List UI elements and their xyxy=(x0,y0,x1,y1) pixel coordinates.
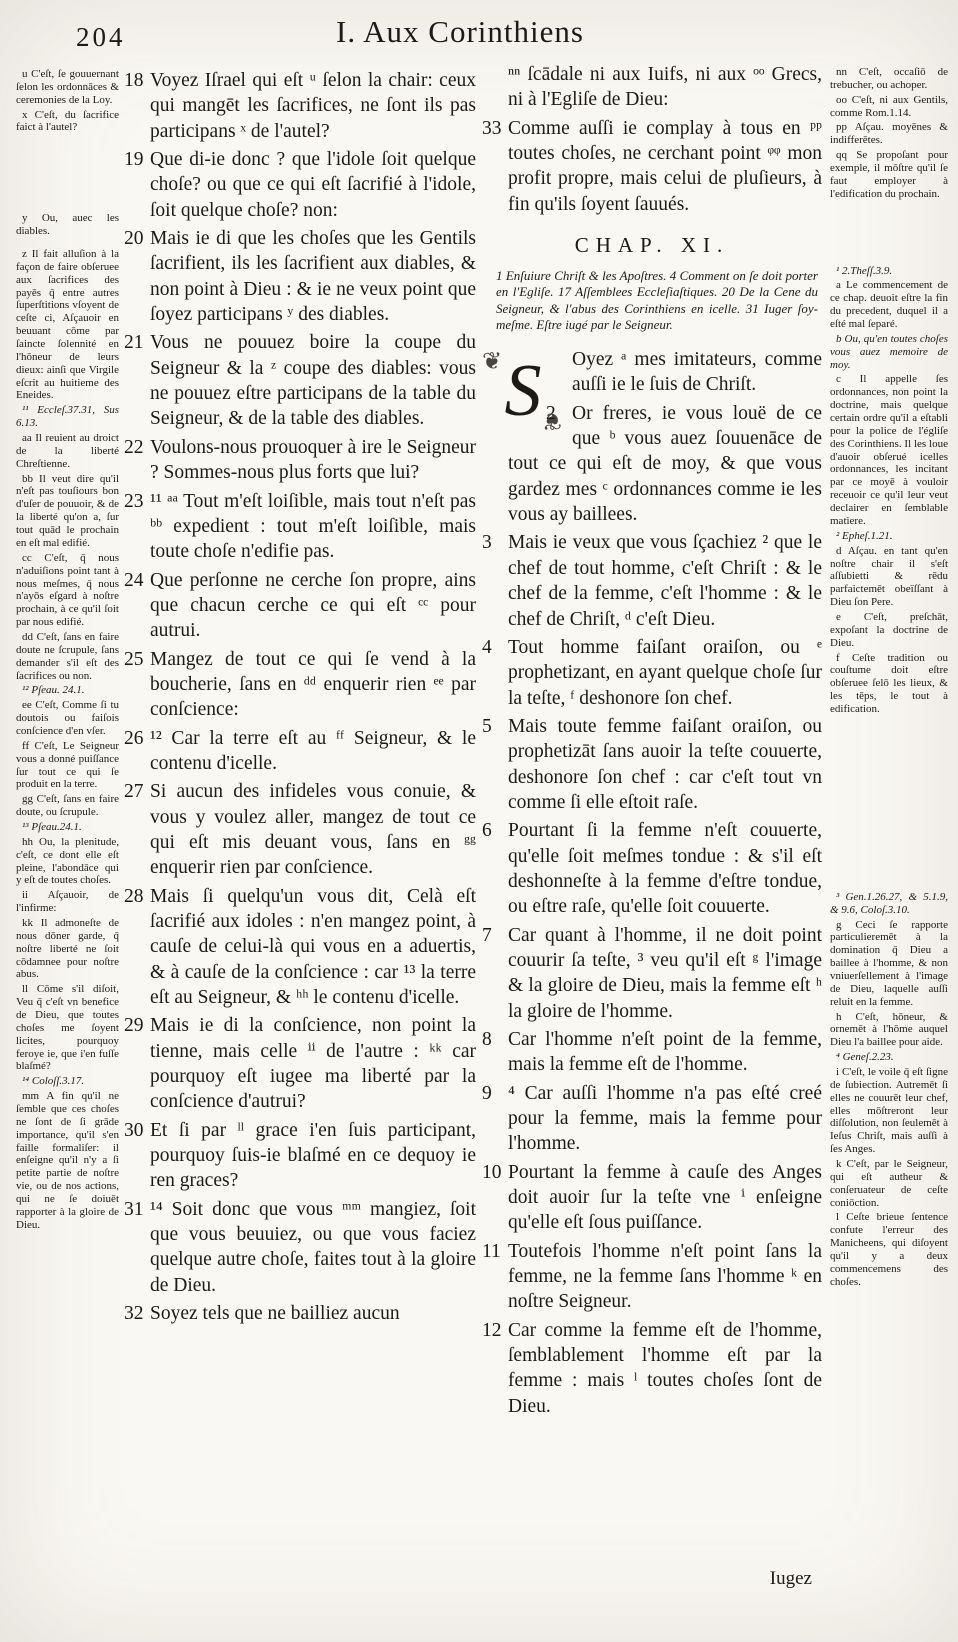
margin-note: c Il appelle ſes ordonnances, non point … xyxy=(830,373,948,527)
page-title: I. Aux Corinthiens xyxy=(120,14,800,50)
margin-note: cc C'eſt, q̄ nous n'aduiſions point tant… xyxy=(16,552,119,629)
verse-number: 26 xyxy=(124,726,150,751)
verse-number: 27 xyxy=(124,779,150,804)
margin-note: bb Il veut dire qu'il n'eſt pas touſiour… xyxy=(16,473,119,550)
verse-number: 24 xyxy=(124,568,150,593)
drop-cap-letter: S xyxy=(505,350,542,432)
margin-note: g Ceci ſe rapporte particulieremēt à la … xyxy=(830,919,948,1009)
verse-number: 11 xyxy=(482,1239,508,1264)
verse-text: Mais ie di que les choſes que les Gentil… xyxy=(150,228,476,325)
verse-number: 5 xyxy=(482,714,508,739)
verse-text: Pourtant la femme à cauſe des Anges doit… xyxy=(508,1162,822,1234)
verse: ⁿⁿ ſcādale ni aux Iuifs, ni aux ᵒᵒ Grecs… xyxy=(482,62,822,113)
catchword: Iugez xyxy=(482,1568,832,1590)
margin-note: gg C'eſt, ſans en faire doute, ou ſcrupu… xyxy=(16,793,119,819)
verse: 23¹¹ ᵃᵃ Tout m'eſt loiſible, mais tout n… xyxy=(124,489,476,565)
verse: 3Mais ie veux que vous ſçachiez ² que le… xyxy=(482,530,822,631)
verse: 26¹² Car la terre eſt au ᶠᶠ Seigneur, & … xyxy=(124,726,476,777)
verse-text: Mais ie di la conſcience, non point la t… xyxy=(150,1015,476,1112)
verse-number: 8 xyxy=(482,1027,508,1052)
verse-number: 3 xyxy=(482,530,508,555)
margin-note: ¹² Pſeau. 24.1. xyxy=(16,684,119,697)
margin-note: y Ou, auec les diables. xyxy=(16,212,119,238)
margin-note: hh Ou, la plenitude, c'eſt, ce dont elle… xyxy=(16,836,119,887)
margin-note: ee C'eſt, Comme ſi tu doutois ou faiſois… xyxy=(16,699,119,738)
verse-number: 32 xyxy=(124,1301,150,1326)
margin-note: l Ceſte brieue ſentence confute l'erreur… xyxy=(830,1211,948,1288)
verse-number: 30 xyxy=(124,1118,150,1143)
verse-text: ¹² Car la terre eſt au ᶠᶠ Seigneur, & le… xyxy=(150,728,476,774)
verse-text: Car l'homme n'eſt point de la femme, mai… xyxy=(508,1029,822,1075)
verse: 9⁴ Car auſſi l'homme n'a pas eſté creé p… xyxy=(482,1081,822,1157)
margin-note: a Le commencement de ce chap. deuoit eſt… xyxy=(830,279,948,330)
margin-note: ² Epheſ.1.21. xyxy=(830,530,948,543)
verse-text: Voulons-nous prouoquer à ire le Seigneur… xyxy=(150,437,476,483)
verse-text: Pourtant ſi la femme n'eſt couuerte, qu'… xyxy=(508,820,822,917)
verse-number: 29 xyxy=(124,1013,150,1038)
verse-text: Toutefois l'homme n'eſt point ſans la fe… xyxy=(508,1241,822,1313)
verse: 7Car quant à l'homme, il ne doit point c… xyxy=(482,923,822,1024)
margin-note: ¹⁴ Coloſſ.3.17. xyxy=(16,1075,119,1088)
margin-note: e C'eſt, preſchāt, expoſant la doctrine … xyxy=(830,611,948,650)
book-page: 204 I. Aux Corinthiens u C'eſt, ſe gouue… xyxy=(0,0,958,1642)
margin-note: ³ Gen.1.26.27, & 5.1.9, & 9.6, Coloſ.3.1… xyxy=(830,891,948,917)
chapter-verses: 3Mais ie veux que vous ſçachiez ² que le… xyxy=(482,530,822,1419)
main-text-left-column: 18Voyez Iſrael qui eſt ᵘ ſelon la chair:… xyxy=(124,68,476,1330)
drop-cap: ❦ S ❦ xyxy=(482,351,564,431)
left-margin-notes-column: u C'eſt, ſe gouuernant ſelon les ordonnā… xyxy=(16,68,119,1234)
verse-number: 20 xyxy=(124,226,150,251)
verse-text: Mais ie veux que vous ſçachiez ² que le … xyxy=(508,532,822,629)
verse: 21Vous ne pouuez boire la coupe du Seign… xyxy=(124,330,476,431)
verse-text: Oyez ᵃ mes imitateurs, comme auſſi ie le… xyxy=(572,349,822,395)
margin-note: ii Aſçauoir, de l'infirme: xyxy=(16,889,119,915)
margin-note: ¹¹ Eccleſ.37.31, Sus 6.13. xyxy=(16,404,119,430)
margin-note: ¹³ Pſeau.24.1. xyxy=(16,821,119,834)
margin-note: mm A fin qu'il ne ſemble que ces choſes … xyxy=(16,1090,119,1231)
verse: 11Toutefois l'homme n'eſt point ſans la … xyxy=(482,1239,822,1315)
verse: 31¹⁴ Soit donc que vous ᵐᵐ mangiez, ſoit… xyxy=(124,1197,476,1298)
margin-note: oo C'eſt, ni aux Gentils, comme Rom.1.14… xyxy=(830,94,948,120)
verse-text: ¹⁴ Soit donc que vous ᵐᵐ mangiez, ſoit q… xyxy=(150,1199,476,1296)
main-text-right-column: ⁿⁿ ſcādale ni aux Iuifs, ni aux ᵒᵒ Grecs… xyxy=(482,62,822,1422)
verse: 24Que perſonne ne cerche ſon propre, ain… xyxy=(124,568,476,644)
verse-text: Et ſi par ˡˡ grace i'en ſuis participant… xyxy=(150,1120,476,1192)
verse-number: 21 xyxy=(124,330,150,355)
verse: 6Pourtant ſi la femme n'eſt couuerte, qu… xyxy=(482,818,822,919)
margin-note: ⁴ Geneſ.2.23. xyxy=(830,1051,948,1064)
chapter-summary: 1 Enſuiure Chriſt & les Apoſtres. 4 Comm… xyxy=(496,268,818,333)
page-number: 204 xyxy=(76,22,126,53)
verse-text: Si aucun des infideles vous conuie, & vo… xyxy=(150,781,476,878)
verse-number: 18 xyxy=(124,68,150,93)
verse-number: 22 xyxy=(124,435,150,460)
margin-note: ll Cōme s'il diſoit, Veu q̄ c'eſt vn ben… xyxy=(16,983,119,1073)
right-margin-notes-column: nn C'eſt, occaſiō de trebucher, ou achop… xyxy=(830,66,948,1291)
margin-note: k C'eſt, par le Seigneur, qui eſt autheu… xyxy=(830,1158,948,1209)
verse: 29Mais ie di la conſcience, non point la… xyxy=(124,1013,476,1114)
verse-number: 9 xyxy=(482,1081,508,1106)
verse: 10Pourtant la femme à cauſe des Anges do… xyxy=(482,1160,822,1236)
verse: 4Tout homme faiſant oraiſon, ou ᵉ prophe… xyxy=(482,635,822,711)
margin-note: f Ceſte tradition ou couſtume doit eſtre… xyxy=(830,652,948,716)
chapter-heading: CHAP. XI. xyxy=(482,233,822,258)
verse-number: 7 xyxy=(482,923,508,948)
verse-number: 31 xyxy=(124,1197,150,1222)
verse-text: ⁿⁿ ſcādale ni aux Iuifs, ni aux ᵒᵒ Grecs… xyxy=(508,64,822,110)
verse-number: 23 xyxy=(124,489,150,514)
margin-note: b Ou, qu'en toutes choſes vous auez memo… xyxy=(830,333,948,372)
margin-note: u C'eſt, ſe gouuernant ſelon les ordonnā… xyxy=(16,68,119,107)
verse-text: Vous ne pouuez boire la coupe du Seigneu… xyxy=(150,332,476,429)
verse-number: 19 xyxy=(124,147,150,172)
margin-note: kk Il admoneſte de nous dōner garde, q̄ … xyxy=(16,917,119,981)
verse: 18Voyez Iſrael qui eſt ᵘ ſelon la chair:… xyxy=(124,68,476,144)
verse-text: Mais ſi quelqu'un vous dit, Celà eſt ſac… xyxy=(150,886,476,1008)
margin-note: aa Il reuient au droict de la liberté Ch… xyxy=(16,432,119,471)
verse-text: Tout homme faiſant oraiſon, ou ᵉ prophet… xyxy=(508,637,822,709)
verse-text: Mais toute femme faiſant oraiſon, ou pro… xyxy=(508,716,822,813)
verse: 5Mais toute femme faiſant oraiſon, ou pr… xyxy=(482,714,822,815)
margin-note: i C'eſt, le voile q̄ eſt ſigne de ſubiec… xyxy=(830,1066,948,1156)
verse-text: Mangez de tout ce qui ſe vend à la bouch… xyxy=(150,649,476,721)
verse-number: 25 xyxy=(124,647,150,672)
verse-text: Que di-ie donc ? que l'idole ſoit quelqu… xyxy=(150,149,476,221)
chapter-opening: ❦ S ❦ Oyez ᵃ mes imitateurs, comme auſſi… xyxy=(482,347,822,527)
verse-text: ⁴ Car auſſi l'homme n'a pas eſté creé po… xyxy=(508,1083,822,1155)
verse: 27Si aucun des infideles vous conuie, & … xyxy=(124,779,476,880)
verse: 28Mais ſi quelqu'un vous dit, Celà eſt ſ… xyxy=(124,884,476,1011)
verse-text: Car comme la femme eſt de l'homme, ſembl… xyxy=(508,1320,822,1417)
verse: 20Mais ie di que les choſes que les Gent… xyxy=(124,226,476,327)
verse-text: Soyez tels que ne bailliez aucun xyxy=(150,1303,400,1324)
verse-number: 28 xyxy=(124,884,150,909)
margin-note: ff C'eſt, Le Seigneur vous a donné puiſſ… xyxy=(16,740,119,791)
margin-note: pp Aſçau. moyēnes & indifferētes. xyxy=(830,121,948,147)
verse-text: Voyez Iſrael qui eſt ᵘ ſelon la chair: c… xyxy=(150,70,476,142)
verse: 8Car l'homme n'eſt point de la femme, ma… xyxy=(482,1027,822,1078)
margin-note: dd C'eſt, ſans en faire doute ne ſcrupul… xyxy=(16,631,119,682)
verse: 33Comme auſſi ie complay à tous en ᵖᵖ to… xyxy=(482,116,822,217)
verse: 32Soyez tels que ne bailliez aucun xyxy=(124,1301,476,1326)
verse-number: 33 xyxy=(482,116,508,141)
verse-number: 6 xyxy=(482,818,508,843)
verse: 12Car comme la femme eſt de l'homme, ſem… xyxy=(482,1318,822,1419)
verse-number: 10 xyxy=(482,1160,508,1185)
fleuron-icon: ❦ xyxy=(542,406,562,435)
verse-number: 12 xyxy=(482,1318,508,1343)
margin-note: z Il fait alluſion à la façon de faire o… xyxy=(16,248,119,402)
margin-note: nn C'eſt, occaſiō de trebucher, ou achop… xyxy=(830,66,948,92)
fleuron-icon: ❦ xyxy=(482,347,502,376)
verse-text: ¹¹ ᵃᵃ Tout m'eſt loiſible, mais tout n'e… xyxy=(150,491,476,563)
verse-text: Car quant à l'homme, il ne doit point co… xyxy=(508,925,822,1022)
margin-note: h C'eſt, hōneur, & ornemēt à l'hōme auqu… xyxy=(830,1011,948,1050)
verse: 19Que di-ie donc ? que l'idole ſoit quel… xyxy=(124,147,476,223)
verse-number: 4 xyxy=(482,635,508,660)
margin-note: x C'eſt, du ſacrifice faict à l'autel? xyxy=(16,109,119,135)
verse-text: Que perſonne ne cerche ſon propre, ains … xyxy=(150,570,476,642)
margin-note: qq Se propoſant pour exemple, il mōſtre … xyxy=(830,149,948,200)
verse-text: Comme auſſi ie complay à tous en ᵖᵖ tout… xyxy=(508,118,822,215)
verse: 25Mangez de tout ce qui ſe vend à la bou… xyxy=(124,647,476,723)
verse: 30Et ſi par ˡˡ grace i'en ſuis participa… xyxy=(124,1118,476,1194)
verse: 22Voulons-nous prouoquer à ire le Seigne… xyxy=(124,435,476,486)
margin-note: ¹ 2.Theſſ.3.9. xyxy=(830,265,948,278)
margin-note: d Aſçau. en tant qu'en noſtre chair il s… xyxy=(830,545,948,609)
verses-before-chapter: ⁿⁿ ſcādale ni aux Iuifs, ni aux ᵒᵒ Grecs… xyxy=(482,62,822,217)
